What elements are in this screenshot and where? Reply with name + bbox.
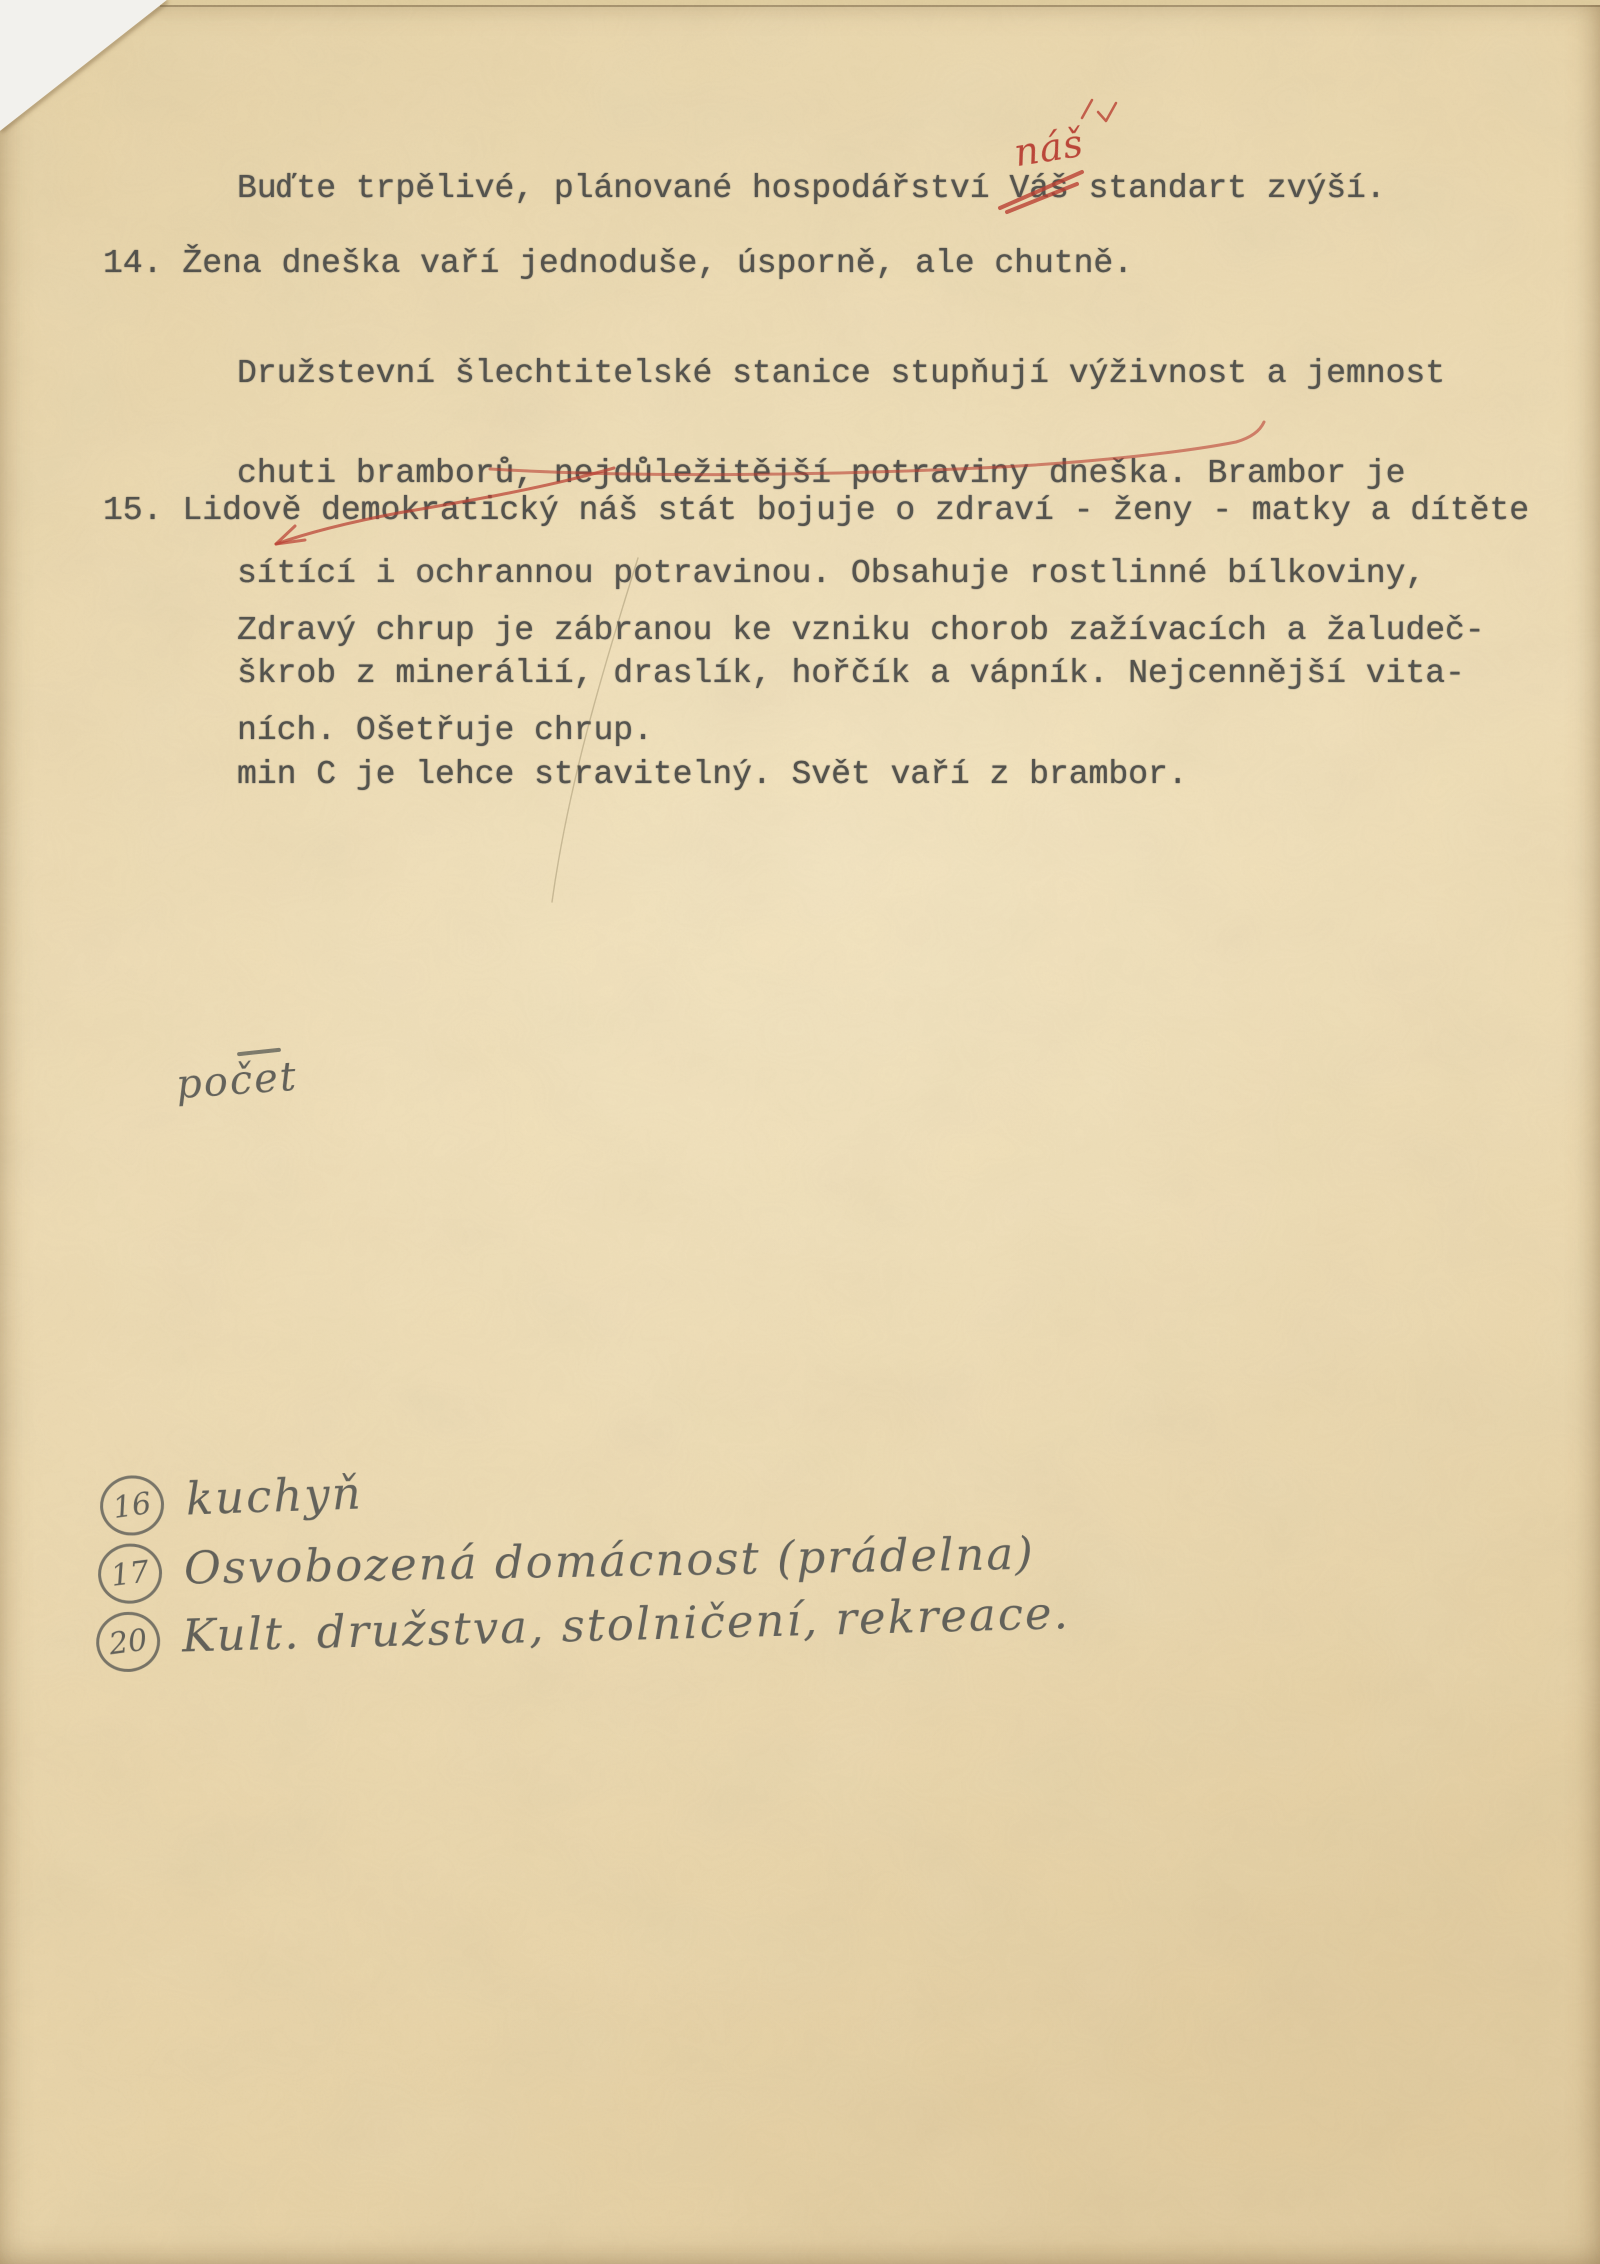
- item-14-line: 14.Žena dneška vaří jednoduše, úsporně, …: [103, 247, 1133, 280]
- handwritten-text-17: Osvobozená domácnost (prádelna): [184, 1529, 1036, 1593]
- struck-word: Váš: [1009, 170, 1068, 207]
- circled-number-17: 17: [95, 1540, 166, 1607]
- paper-top-edge: [160, 0, 1600, 8]
- item-15-body: Zdravý chrup je zábranou ke vzniku choro…: [237, 547, 1485, 814]
- scanned-document-page: Buďte trpělivé, plánované hospodářství V…: [0, 0, 1600, 2264]
- handwritten-item-16: 16 kuchyň: [99, 1467, 364, 1536]
- paper-sheet: Buďte trpělivé, plánované hospodářství V…: [0, 0, 1600, 2264]
- intro-text-pre: Buďte trpělivé, plánované hospodářství: [237, 170, 1009, 207]
- intro-text-post: standart zvýší.: [1069, 170, 1386, 207]
- handwritten-text-16: kuchyň: [185, 1468, 363, 1524]
- red-handwritten-correction: náš: [1011, 121, 1087, 175]
- circled-number-16: 16: [96, 1471, 168, 1539]
- item-14-heading: Žena dneška vaří jednoduše, úsporně, ale…: [182, 245, 1133, 282]
- intro-line: Buďte trpělivé, plánované hospodářství V…: [237, 172, 1386, 205]
- item-14-number: 14.: [103, 245, 162, 282]
- body-line: Družstevní šlechtitelské stanice stupňuj…: [237, 357, 1465, 390]
- body-line: ních. Ošetřuje chrup.: [237, 714, 1485, 747]
- circled-number-20: 20: [93, 1608, 164, 1676]
- body-line: Zdravý chrup je zábranou ke vzniku choro…: [237, 614, 1485, 647]
- body-line: chuti bramborů, nejdůležitější potraviny…: [237, 457, 1465, 490]
- item-15-line: 15.Lidově demokratický náš stát bojuje o…: [103, 494, 1529, 527]
- item-15-number: 15.: [103, 492, 162, 529]
- pencil-note: počet: [175, 1054, 300, 1108]
- item-15-heading: Lidově demokratický náš stát bojuje o zd…: [182, 492, 1529, 529]
